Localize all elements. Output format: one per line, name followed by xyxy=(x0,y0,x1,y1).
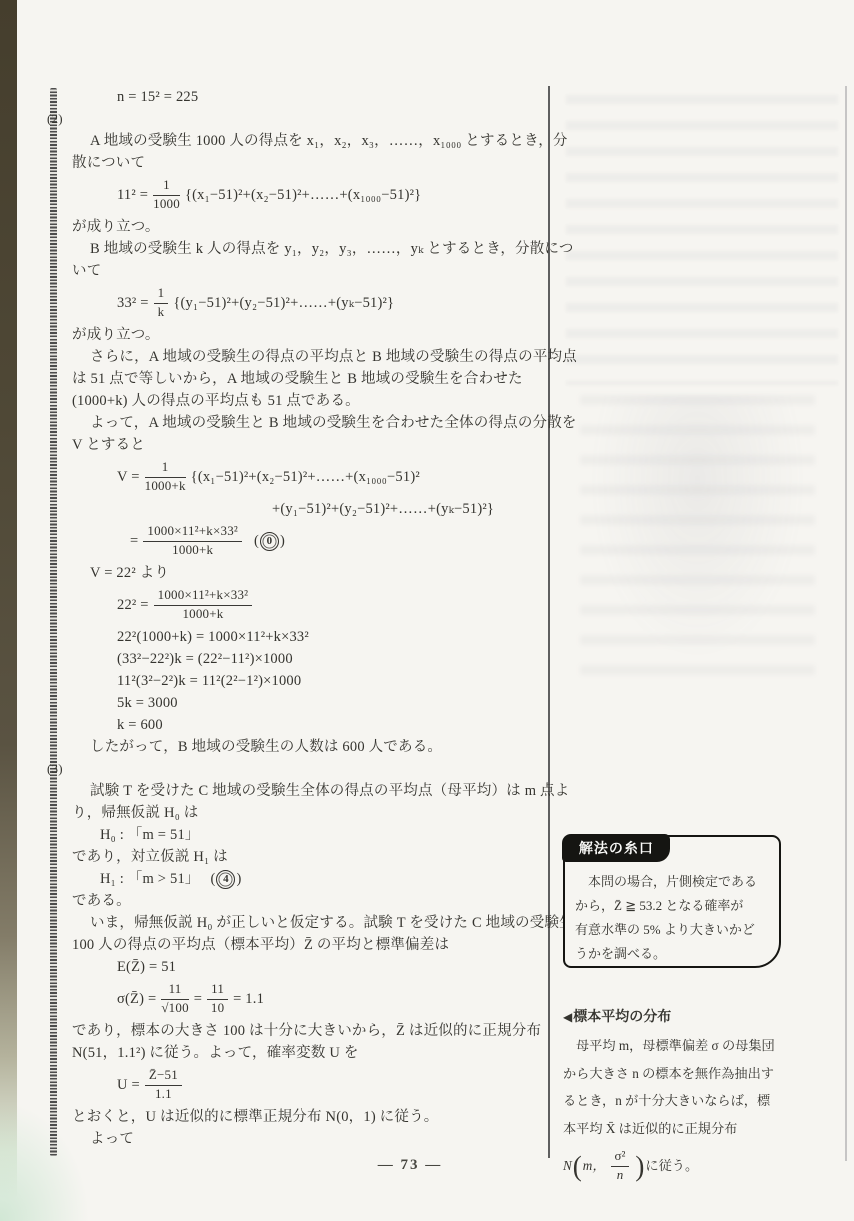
text-line: 試験 T を受けた C 地域の受験生全体の得点の平均点（母平均）は m 点よ xyxy=(72,780,544,802)
formula-line: H₁ : 「m > 51」 (4) xyxy=(72,868,544,890)
fraction-numerator: 1 xyxy=(153,178,180,195)
formula-arg: m， xyxy=(583,1152,606,1180)
text-line: であり，対立仮説 H₁ は xyxy=(72,846,544,868)
text-line: いて xyxy=(72,260,544,282)
formula-lhs: 22² = xyxy=(117,594,149,616)
formula-line: 22²(1000+k) = 1000×11²+k×33² xyxy=(72,626,544,648)
fraction: 1000×11²+k×33²1000+k xyxy=(143,524,242,558)
fraction-denominator: n xyxy=(611,1167,630,1183)
formula-line: σ(Z̄) = 11√100 = 1110 = 1.1 xyxy=(72,978,544,1020)
note-line: から大きさ n の標本を無作為抽出す xyxy=(563,1060,843,1088)
solution-column: n = 15² = 225 (2) A 地域の受験生 1000 人の得点を x₁… xyxy=(72,86,544,1150)
margin-note: ◀標本平均の分布 母平均 m，母標準偏差 σ の母集団 から大きさ n の標本を… xyxy=(563,1004,843,1185)
text-line: B 地域の受験生 k 人の得点を y₁，y₂，y₃，……，yₖ とするとき，分散… xyxy=(72,238,544,260)
margin-note-title-text: 標本平均の分布 xyxy=(573,1010,671,1025)
formula-line: 33² = 1k {(y₁−51)²+(y₂−51)²+……+(yₖ−51)²} xyxy=(72,282,544,324)
fraction-numerator: 1 xyxy=(145,460,186,477)
fraction: 11000 xyxy=(153,178,180,212)
hint-box-title: 解法の糸口 xyxy=(562,834,670,862)
text-line: V とすると xyxy=(72,434,544,456)
paren-open: ( xyxy=(254,530,259,552)
fraction: 1000×11²+k×33²1000+k xyxy=(154,588,253,622)
formula-line: n = 15² = 225 xyxy=(72,86,544,108)
text-line: V = 22² より xyxy=(72,562,544,584)
paren-close: ) xyxy=(280,530,285,552)
text-line: N(51，1.1²) に従う。よって，確率変数 U を xyxy=(72,1042,544,1064)
fraction: 11000+k xyxy=(145,460,186,494)
formula-line: H₀ : 「m = 51」 xyxy=(72,824,544,846)
formula-line: k = 600 xyxy=(72,714,544,736)
fraction: Z̄−511.1 xyxy=(145,1068,182,1102)
big-paren-open: ( xyxy=(573,1152,582,1180)
hint-box: 解法の糸口 本問の場合，片側検定である から，Z̄ ≧ 53.2 となる確率が … xyxy=(563,835,781,968)
fraction: σ²n xyxy=(611,1149,630,1183)
paren-close: ) xyxy=(236,868,241,890)
fraction-numerator: Z̄−51 xyxy=(145,1068,182,1085)
note-line: 本平均 X̄ は近似的に正規分布 xyxy=(563,1115,843,1143)
text-line: が成り立つ。 xyxy=(72,324,544,346)
text-line: とおくと，U は近似的に標準正規分布 N(0，1) に従う。 xyxy=(72,1106,544,1128)
text-line: よって xyxy=(72,1128,544,1150)
text-line: 散について xyxy=(72,152,544,174)
formula-line: V = 11000+k {(x₁−51)²+(x₂−51)²+……+(x₁₀₀₀… xyxy=(72,456,544,498)
formula-lhs: U = xyxy=(117,1074,140,1096)
page-bleedthrough-mid xyxy=(580,395,815,675)
note-line: るとき，n が十分大きいならば，標 xyxy=(563,1087,843,1115)
formula-line: E(Z̄) = 51 xyxy=(72,956,544,978)
fraction: 1k xyxy=(154,286,169,320)
textbook-page: n = 15² = 225 (2) A 地域の受験生 1000 人の得点を x₁… xyxy=(0,0,854,1221)
fraction-denominator: 1000+k xyxy=(143,542,242,558)
formula-lhs: 33² = xyxy=(117,292,149,314)
note-formula: N ( m， σ²n ) に従う。 xyxy=(563,1147,843,1185)
fraction-numerator: 1000×11²+k×33² xyxy=(154,588,253,605)
formula-rhs: {(x₁−51)²+(x₂−51)²+……+(x₁₀₀₀−51)²} xyxy=(185,184,421,206)
fraction-numerator: 11 xyxy=(161,982,188,999)
formula-line: (33²−22²)k = (22²−11²)×1000 xyxy=(72,648,544,670)
formula-line: 22² = 1000×11²+k×33²1000+k xyxy=(72,584,544,626)
formula-lhs: V = xyxy=(117,466,140,488)
formula-lhs: 11² = xyxy=(117,184,148,206)
circled-answer-4: 4 xyxy=(216,870,235,889)
left-triangle-icon: ◀ xyxy=(563,1010,572,1024)
page-bleedthrough-top xyxy=(566,95,838,385)
hint-line: うかを調べる。 xyxy=(575,942,773,966)
formula-line: 5k = 3000 xyxy=(72,692,544,714)
hint-line: 有意水準の 5% より大きいかど xyxy=(575,918,773,942)
formula-line: U = Z̄−511.1 xyxy=(72,1064,544,1106)
formula-rhs: {(y₁−51)²+(y₂−51)²+……+(yₖ−51)²} xyxy=(173,292,394,314)
margin-note-title: ◀標本平均の分布 xyxy=(563,1004,843,1032)
text-line: である。 xyxy=(72,890,544,912)
big-paren-close: ) xyxy=(635,1152,644,1180)
fraction-numerator: σ² xyxy=(611,1149,630,1166)
text-line: A 地域の受験生 1000 人の得点を x₁，x₂，x₃，……，x₁₀₀₀ とす… xyxy=(72,130,544,152)
fraction-numerator: 11 xyxy=(207,982,228,999)
fraction-denominator: 1000+k xyxy=(145,478,186,494)
fraction-denominator: k xyxy=(154,304,169,320)
distribution-symbol: N xyxy=(563,1152,572,1180)
formula-lhs: σ(Z̄) = xyxy=(117,988,156,1010)
answer-mark: (0) xyxy=(254,530,285,552)
equals-sign: = xyxy=(194,988,202,1010)
text-line: したがって，B 地域の受験生の人数は 600 人である。 xyxy=(72,736,544,758)
formula-line: 11² = 11000 {(x₁−51)²+(x₂−51)²+……+(x₁₀₀₀… xyxy=(72,174,544,216)
text-line: は 51 点で等しいから，A 地域の受験生と B 地域の受験生を合わせた xyxy=(72,368,544,390)
text-line: いま，帰無仮説 H₀ が正しいと仮定する。試験 T を受けた C 地域の受験生 xyxy=(72,912,544,934)
section-label-3: (3) xyxy=(47,758,544,780)
formula-line: = 1000×11²+k×33²1000+k (0) xyxy=(72,520,544,562)
text-line: が成り立つ。 xyxy=(72,216,544,238)
formula-line: 11²(3²−2²)k = 11²(2²−1²)×1000 xyxy=(72,670,544,692)
text-line: よって，A 地域の受験生と B 地域の受験生を合わせた全体の得点の分散を xyxy=(72,412,544,434)
text-line: (1000+k) 人の得点の平均点も 51 点である。 xyxy=(72,390,544,412)
text-line: り，帰無仮説 H₀ は xyxy=(72,802,544,824)
text-line: 100 人の得点の平均点（標本平均）Z̄ の平均と標準偏差は xyxy=(72,934,544,956)
formula-rhs: {(x₁−51)²+(x₂−51)²+……+(x₁₀₀₀−51)² xyxy=(191,466,420,488)
paren-open: ( xyxy=(210,868,215,890)
book-spine-edge xyxy=(0,0,17,1200)
fraction-denominator: 10 xyxy=(207,1000,228,1016)
note-line: 母平均 m，母標準偏差 σ の母集団 xyxy=(563,1032,843,1060)
fraction-numerator: 1000×11²+k×33² xyxy=(143,524,242,541)
text-line: さらに，A 地域の受験生の得点の平均点と B 地域の受験生の得点の平均点 xyxy=(72,346,544,368)
fraction-denominator: 1000+k xyxy=(154,606,253,622)
fraction-denominator: √100 xyxy=(161,1000,188,1016)
formula-lhs: = xyxy=(130,530,138,552)
page-right-edge xyxy=(845,86,847,1161)
formula-continuation-line: +(y₁−51)²+(y₂−51)²+……+(yₖ−51)²} xyxy=(72,498,544,520)
formula-rhs: = 1.1 xyxy=(233,988,264,1010)
fraction-denominator: 1.1 xyxy=(145,1086,182,1102)
page-number: — 73 — xyxy=(330,1157,490,1174)
section-label-2: (2) xyxy=(47,108,544,130)
solution-section-bar xyxy=(50,88,57,1156)
text-line: であり，標本の大きさ 100 は十分に大きいから，Z̄ は近似的に正規分布 xyxy=(72,1020,544,1042)
fraction-denominator: 1000 xyxy=(153,196,180,212)
answer-mark: (4) xyxy=(210,868,241,890)
circled-answer-0: 0 xyxy=(260,532,279,551)
hint-box-body: 本問の場合，片側検定である から，Z̄ ≧ 53.2 となる確率が 有意水準の … xyxy=(575,870,773,966)
fraction-numerator: 1 xyxy=(154,286,169,303)
fraction: 11√100 xyxy=(161,982,188,1016)
hint-line: 本問の場合，片側検定である xyxy=(575,870,773,894)
formula-suffix: に従う。 xyxy=(645,1152,698,1180)
fraction: 1110 xyxy=(207,982,228,1016)
hint-line: から，Z̄ ≧ 53.2 となる確率が xyxy=(575,894,773,918)
hypothesis-text: H₁ : 「m > 51」 xyxy=(100,871,200,887)
